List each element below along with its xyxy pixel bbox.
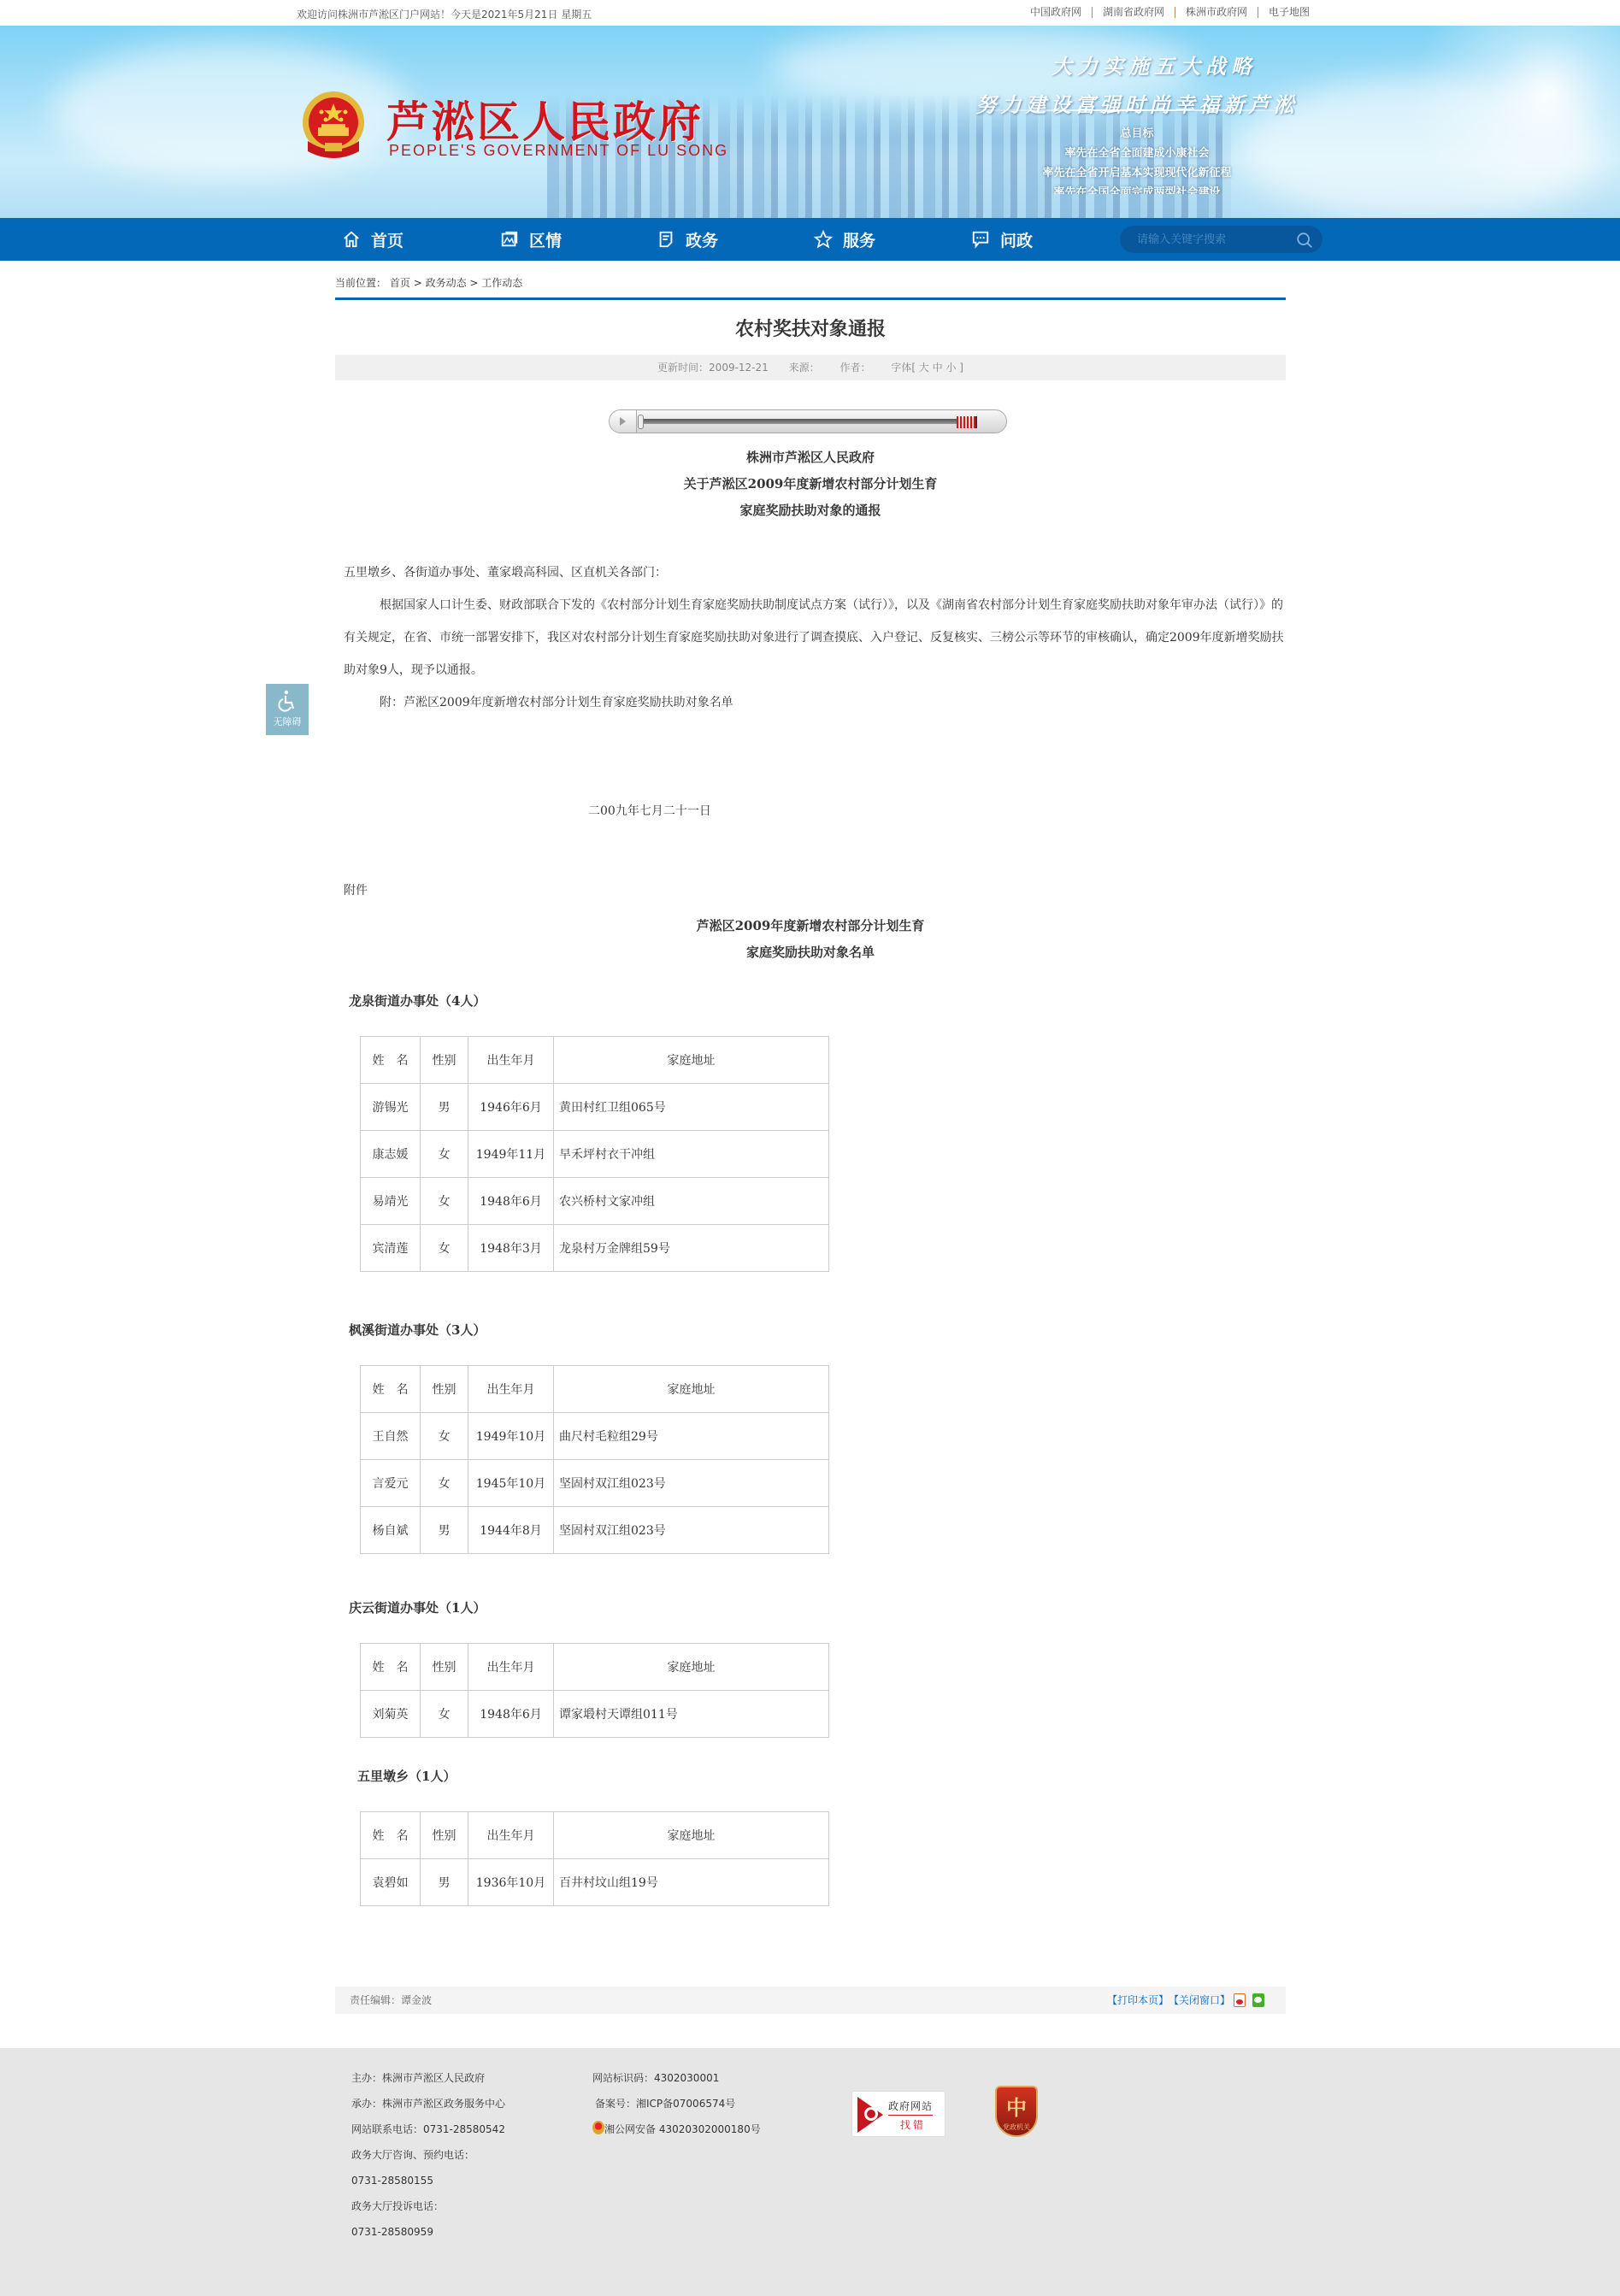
breadcrumb-home[interactable]: 首页 [390, 277, 410, 289]
roster-table: 姓 名性别出生年月家庭地址游锡光男1946年6月黄田村红卫组065号康志媛女19… [360, 1036, 829, 1272]
party-government-badge[interactable]: 中 党政机关 [995, 2086, 1038, 2137]
footer-hall-phone: 0731-28580155 [351, 2168, 505, 2193]
table-cell: 1936年10月 [468, 1859, 554, 1906]
heading-line: 家庭奖励扶助对象的通报 [335, 497, 1286, 524]
link-e-map[interactable]: 电子地图 [1258, 7, 1320, 18]
column-header: 家庭地址 [554, 1644, 829, 1691]
table-row: 言爱元女1945年10月坚固村双江组023号 [361, 1460, 829, 1507]
table-cell: 刘菊英 [361, 1691, 421, 1738]
table-cell: 杨自斌 [361, 1507, 421, 1554]
site-title: 芦淞区人民政府 [386, 88, 704, 150]
table-cell: 1946年6月 [468, 1084, 554, 1131]
seek-handle[interactable] [638, 415, 644, 429]
table-cell: 黄田村红卫组065号 [554, 1084, 829, 1131]
breadcrumb-separator: > [469, 277, 481, 289]
table-row: 王自然女1949年10月曲尺村毛粒组29号 [361, 1413, 829, 1460]
table-cell: 袁碧如 [361, 1859, 421, 1906]
column-header: 性别 [421, 1644, 468, 1691]
document-icon [657, 230, 675, 249]
party-badge-label: 党政机关 [997, 2122, 1036, 2132]
link-zhuzhou-gov[interactable]: 株洲市政府网 [1175, 7, 1258, 18]
search-box [1120, 226, 1323, 253]
table-row: 刘菊英女1948年6月谭家塅村天谭组011号 [361, 1691, 829, 1738]
source: 来源： [789, 362, 820, 374]
accessibility-label: 无障碍 [266, 715, 309, 728]
footer-registration: 网站标识码：4302030001 备案号：湘ICP备07006574号 湘公网安… [592, 2065, 761, 2142]
nav-item-inquiry[interactable]: 问政 [971, 218, 1033, 261]
star-icon [814, 230, 833, 249]
column-header: 性别 [421, 1037, 468, 1084]
goals-list: 总目标 率先在全省全面建成小康社会 率先在全省开启基本实现现代化新征程 率先在全… [992, 124, 1282, 194]
table-cell: 女 [421, 1225, 468, 1272]
nav-item-district[interactable]: 区情 [500, 218, 562, 261]
play-icon[interactable] [610, 410, 637, 433]
main-nav: 首页 区情 政务 服务 问政 [0, 218, 1620, 261]
search-input[interactable] [1137, 226, 1282, 253]
table-cell: 1948年3月 [468, 1225, 554, 1272]
table-cell: 曲尺村毛粒组29号 [554, 1413, 829, 1460]
error-badge-line1: 政府网站 [888, 2099, 933, 2116]
site-subtitle: PEOPLE'S GOVERNMENT OF LU SONG [389, 142, 728, 160]
breadcrumb-divider [335, 297, 1286, 300]
table-row: 游锡光男1946年6月黄田村红卫组065号 [361, 1084, 829, 1131]
column-header: 姓 名 [361, 1812, 421, 1859]
nav-item-label: 首页 [371, 228, 404, 251]
table-header-row: 姓 名性别出生年月家庭地址 [361, 1812, 829, 1859]
column-header: 性别 [421, 1812, 468, 1859]
body-paragraph: 根据国家人口计生委、财政部联合下发的《农村部分计划生育家庭奖励扶助制度试点方案（… [344, 589, 1284, 686]
table-cell: 易靖光 [361, 1178, 421, 1225]
table-row: 易靖光女1948年6月农兴桥村文家冲组 [361, 1178, 829, 1225]
attachment-note: 附：芦淞区2009年度新增农村部分计划生育家庭奖励扶助对象名单 [344, 686, 1284, 719]
footer-complaint-phone: 0731-28580959 [351, 2219, 505, 2245]
home-icon [342, 230, 361, 249]
icp-text: 备案号：湘ICP备07006574号 [595, 2098, 735, 2110]
table-cell: 龙泉村万金牌组59号 [554, 1225, 829, 1272]
table-header-row: 姓 名性别出生年月家庭地址 [361, 1366, 829, 1413]
table-cell: 早禾坪村衣干冲组 [554, 1131, 829, 1178]
table-cell: 言爱元 [361, 1460, 421, 1507]
attachment-title-line: 芦淞区2009年度新增农村部分计划生育 [335, 913, 1286, 939]
table-header-row: 姓 名性别出生年月家庭地址 [361, 1644, 829, 1691]
attachment-label: 附件 [344, 881, 368, 898]
breadcrumb: 当前位置： 首页 > 政务动态 > 工作动态 [335, 275, 522, 290]
column-header: 出生年月 [468, 1644, 554, 1691]
author: 作者： [839, 362, 870, 374]
goals-title: 总目标 [992, 124, 1282, 144]
column-header: 家庭地址 [554, 1366, 829, 1413]
heading-line: 关于芦淞区2009年度新增农村部分计划生育 [335, 471, 1286, 497]
column-header: 出生年月 [468, 1037, 554, 1084]
roster-table: 姓 名性别出生年月家庭地址刘菊英女1948年6月谭家塅村天谭组011号 [360, 1643, 829, 1738]
volume-icon[interactable] [957, 416, 977, 428]
issue-date: 二00九年七月二十一日 [588, 802, 711, 819]
nav-item-government[interactable]: 政务 [657, 218, 718, 261]
police-record[interactable]: 湘公网安备 43020302000180号 [592, 2116, 761, 2142]
update-time: 更新时间：2009-12-21 [657, 362, 769, 374]
top-links: 中国政府网 湖南省政府网 株洲市政府网 电子地图 [1030, 7, 1320, 18]
slogan: 大力实施五大战略 努力建设富强时尚幸福新芦淞 [975, 50, 1299, 118]
error-badge-line2: 找错 [900, 2117, 926, 2132]
police-record-text: 湘公网安备 43020302000180号 [604, 2123, 761, 2135]
table-cell: 百井村坟山组19号 [554, 1859, 829, 1906]
column-header: 出生年月 [468, 1812, 554, 1859]
welcome-text: 欢迎访问株洲市芦淞区门户网站！今天是2021年5月21日 星期五 [297, 7, 592, 21]
wheelchair-icon [277, 690, 297, 712]
footer-complaint-label: 政务大厅投诉电话： [351, 2193, 505, 2219]
font-size-control[interactable]: 字体[ 大 中 小 ] [891, 362, 963, 374]
breadcrumb-separator: > [414, 277, 426, 289]
print-button[interactable]: 【打印本页】 [1107, 1987, 1169, 2014]
breadcrumb-work-news[interactable]: 工作动态 [481, 277, 522, 289]
document-heading: 株洲市芦淞区人民政府 关于芦淞区2009年度新增农村部分计划生育 家庭奖励扶助对… [335, 444, 1286, 524]
column-header: 姓 名 [361, 1037, 421, 1084]
section-title: 龙泉街道办事处（4人） [349, 992, 486, 1010]
header-banner [0, 26, 1620, 218]
table-cell: 谭家塅村天谭组011号 [554, 1691, 829, 1738]
table-row: 宾清莲女1948年3月龙泉村万金牌组59号 [361, 1225, 829, 1272]
column-header: 家庭地址 [554, 1812, 829, 1859]
article-actions: 【打印本页】 【关闭窗口】 [1107, 1987, 1264, 2014]
table-cell: 1945年10月 [468, 1460, 554, 1507]
table-cell: 男 [421, 1859, 468, 1906]
table-cell: 女 [421, 1691, 468, 1738]
national-emblem-icon [299, 90, 368, 162]
goal-item: 率先在全省全面建成小康社会 [992, 144, 1282, 163]
column-header: 姓 名 [361, 1644, 421, 1691]
footer: 主办：株洲市芦淞区人民政府 承办：株洲市芦淞区政务服务中心 网站联系电话：073… [0, 2048, 1620, 2296]
icp-number[interactable]: 备案号：湘ICP备07006574号 [592, 2091, 761, 2116]
table-row: 康志媛女1949年11月早禾坪村衣干冲组 [361, 1131, 829, 1178]
slogan-divider [983, 109, 1291, 111]
accessibility-button[interactable]: 无障碍 [266, 684, 309, 735]
heading-line: 株洲市芦淞区人民政府 [335, 444, 1286, 471]
table-cell: 女 [421, 1178, 468, 1225]
article-footer-bar: 责任编辑：谭金波 【打印本页】 【关闭窗口】 [335, 1987, 1286, 2014]
table-cell: 1944年8月 [468, 1507, 554, 1554]
slogan-line-1: 大力实施五大战略 [1009, 50, 1299, 79]
column-header: 性别 [421, 1366, 468, 1413]
section-title: 庆云街道办事处（1人） [349, 1598, 486, 1616]
table-cell: 1949年11月 [468, 1131, 554, 1178]
weibo-share-icon[interactable] [1234, 1993, 1246, 2007]
table-cell: 女 [421, 1131, 468, 1178]
table-cell: 康志媛 [361, 1131, 421, 1178]
roster-table: 姓 名性别出生年月家庭地址袁碧如男1936年10月百井村坟山组19号 [360, 1811, 829, 1906]
goal-item: 率先在全国全面完成两型社会建设 [992, 183, 1282, 194]
party-emblem-icon: 中 [997, 2091, 1036, 2121]
attachment-title: 芦淞区2009年度新增农村部分计划生育 家庭奖励扶助对象名单 [335, 913, 1286, 966]
table-cell: 1948年6月 [468, 1178, 554, 1225]
slogan-line-2: 努力建设富强时尚幸福新芦淞 [975, 88, 1299, 118]
nav-item-home[interactable]: 首页 [342, 218, 404, 261]
table-cell: 1949年10月 [468, 1413, 554, 1460]
table-header-row: 姓 名性别出生年月家庭地址 [361, 1037, 829, 1084]
police-badge-icon [592, 2121, 604, 2134]
table-cell: 坚固村双江组023号 [554, 1507, 829, 1554]
nav-item-label: 服务 [843, 228, 875, 251]
wechat-share-icon[interactable] [1252, 1993, 1264, 2007]
table-cell: 游锡光 [361, 1084, 421, 1131]
goal-item: 率先在全省开启基本实现现代化新征程 [992, 163, 1282, 183]
roster-table: 姓 名性别出生年月家庭地址王自然女1949年10月曲尺村毛粒组29号言爱元女19… [360, 1365, 829, 1554]
section-title: 五里墩乡（1人） [357, 1767, 456, 1785]
footer-organizer: 承办：株洲市芦淞区政务服务中心 [351, 2091, 505, 2116]
nav-item-label: 问政 [1000, 228, 1033, 251]
footer-hall-label: 政务大厅咨询、预约电话： [351, 2142, 505, 2168]
table-cell: 女 [421, 1460, 468, 1507]
site-code: 网站标识码：4302030001 [592, 2065, 761, 2091]
article-meta: 更新时间：2009-12-21 来源： 作者： 字体[ 大 中 小 ] [335, 355, 1286, 380]
attachment-title-line: 家庭奖励扶助对象名单 [335, 939, 1286, 966]
table-cell: 宾清莲 [361, 1225, 421, 1272]
footer-contact: 主办：株洲市芦淞区人民政府 承办：株洲市芦淞区政务服务中心 网站联系电话：073… [351, 2065, 505, 2245]
responsible-editor: 责任编辑：谭金波 [350, 1987, 432, 2014]
section-title: 枫溪街道办事处（3人） [349, 1321, 486, 1339]
table-row: 杨自斌男1944年8月坚固村双江组023号 [361, 1507, 829, 1554]
audio-player [609, 409, 1007, 433]
search-icon[interactable] [1295, 231, 1314, 250]
close-window-button[interactable]: 【关闭窗口】 [1169, 1987, 1230, 2014]
column-header: 姓 名 [361, 1366, 421, 1413]
article-body: 五里墩乡、各街道办事处、董家塅高科园、区直机关各部门： 根据国家人口计生委、财政… [344, 556, 1284, 719]
chat-icon [971, 230, 990, 249]
table-cell: 女 [421, 1413, 468, 1460]
magnifier-icon [864, 2107, 878, 2121]
seek-track[interactable] [642, 419, 958, 424]
article-title: 农村奖扶对象通报 [335, 315, 1286, 341]
breadcrumb-gov-news[interactable]: 政务动态 [426, 277, 467, 289]
table-cell: 农兴桥村文家冲组 [554, 1178, 829, 1225]
breadcrumb-prefix: 当前位置： [335, 277, 386, 289]
table-cell: 坚固村双江组023号 [554, 1460, 829, 1507]
table-cell: 男 [421, 1507, 468, 1554]
column-header: 家庭地址 [554, 1037, 829, 1084]
table-cell: 王自然 [361, 1413, 421, 1460]
table-cell: 1948年6月 [468, 1691, 554, 1738]
column-header: 出生年月 [468, 1366, 554, 1413]
table-row: 袁碧如男1936年10月百井村坟山组19号 [361, 1859, 829, 1906]
landscape-icon [500, 230, 519, 249]
nav-item-label: 政务 [686, 228, 718, 251]
nav-item-services[interactable]: 服务 [814, 218, 875, 261]
link-central-gov[interactable]: 中国政府网 [1030, 7, 1093, 18]
footer-host: 主办：株洲市芦淞区人民政府 [351, 2065, 505, 2091]
nav-item-label: 区情 [529, 228, 562, 251]
report-error-badge[interactable]: 政府网站 找错 [851, 2091, 945, 2137]
table-cell: 男 [421, 1084, 468, 1131]
top-bar: 欢迎访问株洲市芦淞区门户网站！今天是2021年5月21日 星期五 中国政府网 湖… [0, 0, 1620, 26]
link-hunan-gov[interactable]: 湖南省政府网 [1093, 7, 1175, 18]
salutation: 五里墩乡、各街道办事处、董家塅高科园、区直机关各部门： [344, 556, 1284, 589]
footer-phone: 网站联系电话：0731-28580542 [351, 2116, 505, 2142]
